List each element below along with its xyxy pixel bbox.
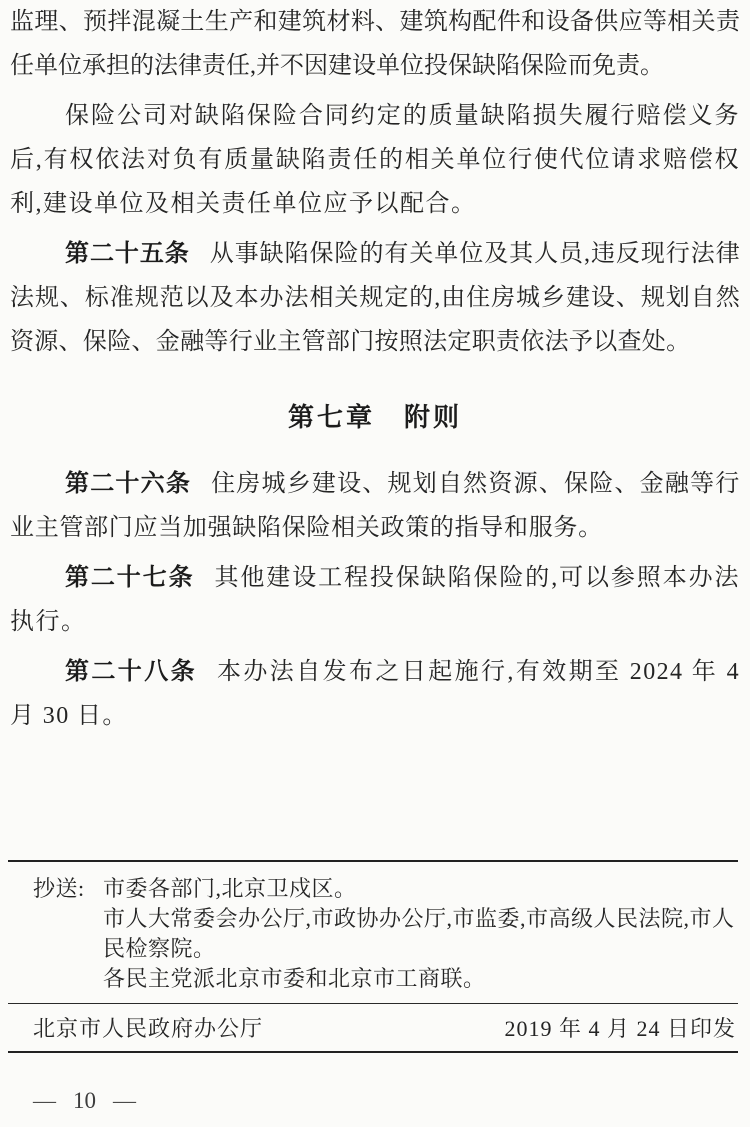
cc-line: 市委各部门,北京卫戍区。	[103, 874, 735, 904]
body-paragraph: 监理、预拌混凝土生产和建筑材料、建筑构配件和设备供应等相关责任单位承担的法律责任…	[10, 0, 740, 88]
cc-line: 市人大常委会办公厅,市政协办公厅,市监委,市高级人民法院,市人民检察院。	[103, 904, 735, 964]
page-number: — 10 —	[33, 1086, 136, 1116]
cc-line: 各民主党派北京市委和北京市工商联。	[103, 964, 735, 994]
article-28-number: 第二十八条	[65, 658, 197, 685]
page-number-value: 10	[73, 1086, 96, 1116]
article-26-number: 第二十六条	[65, 470, 191, 497]
article-28-paragraph: 第二十八条本办法自发布之日起施行,有效期至 2024 年 4 月 30 日。	[10, 650, 740, 738]
print-date: 2019 年 4 月 24 日印发	[504, 1012, 736, 1043]
paragraph-text: 保险公司对缺陷保险合同约定的质量缺陷损失履行赔偿义务后,有权依法对负有质量缺陷责…	[10, 103, 740, 217]
issuing-office: 北京市人民政府办公厅	[33, 1012, 263, 1043]
paragraph-text: 监理、预拌混凝土生产和建筑材料、建筑构配件和设备供应等相关责任单位承担的法律责任…	[10, 9, 740, 79]
cc-block: 抄送: 市委各部门,北京卫戍区。 市人大常委会办公厅,市政协办公厅,市监委,市高…	[8, 860, 738, 1004]
article-26-paragraph: 第二十六条住房城乡建设、规划自然资源、保险、金融等行业主管部门应当加强缺陷保险相…	[10, 462, 740, 550]
document-page: 监理、预拌混凝土生产和建筑材料、建筑构配件和设备供应等相关责任单位承担的法律责任…	[0, 0, 750, 1127]
document-body: 监理、预拌混凝土生产和建筑材料、建筑构配件和设备供应等相关责任单位承担的法律责任…	[10, 0, 740, 738]
article-25-number: 第二十五条	[65, 240, 190, 267]
cc-lines: 市委各部门,北京卫戍区。 市人大常委会办公厅,市政协办公厅,市监委,市高级人民法…	[103, 874, 735, 994]
chapter-heading: 第七章 附则	[10, 395, 740, 439]
article-27-paragraph: 第二十七条其他建设工程投保缺陷保险的,可以参照本办法执行。	[10, 556, 740, 644]
page-number-dash: —	[33, 1086, 56, 1116]
article-27-number: 第二十七条	[65, 564, 195, 591]
body-paragraph: 保险公司对缺陷保险合同约定的质量缺陷损失履行赔偿义务后,有权依法对负有质量缺陷责…	[10, 94, 740, 226]
cc-label: 抄送:	[33, 874, 103, 994]
article-25-paragraph: 第二十五条从事缺陷保险的有关单位及其人员,违反现行法律法规、标准规范以及本办法相…	[10, 232, 740, 364]
page-number-dash: —	[113, 1086, 136, 1116]
issuer-row: 北京市人民政府办公厅 2019 年 4 月 24 日印发	[8, 1004, 738, 1053]
